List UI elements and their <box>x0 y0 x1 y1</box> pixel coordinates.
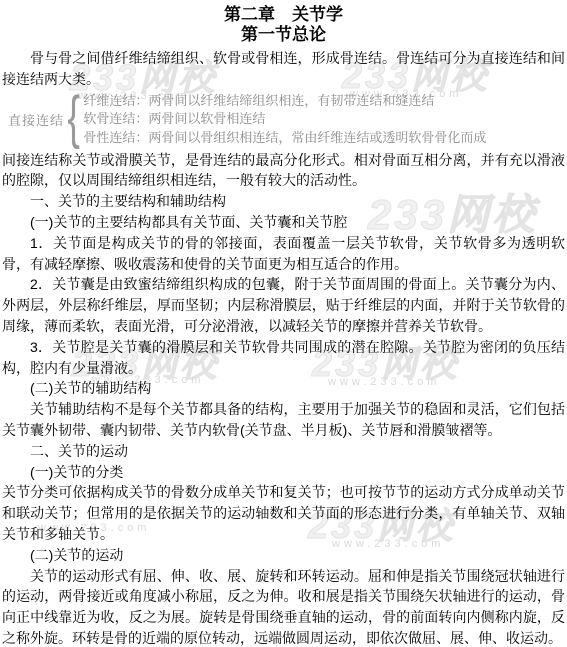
paragraph-joint-cavity: 3．关节腔是关节囊的滑膜层和关节软骨共同围成的潜在腔隙。关节腔为密闭的负压结构，… <box>2 337 565 379</box>
paragraph-auxiliary-structures: 关节辅助结构不是每个关节都具备的结构，主要用于加强关节的稳固和灵活，它们包括关节… <box>2 399 565 441</box>
document-body: 第二章 关节学 第一节总论 骨与骨之间借纤维结缔组织、软骨或骨相连，形成骨连结。… <box>0 0 567 647</box>
figure-label: 直接连结 <box>8 110 64 129</box>
heading-main-structures: 一、关节的主要结构和辅助结构 <box>2 191 565 212</box>
left-brace-icon: { <box>67 90 80 146</box>
paragraph-joint-classification: 关节分类可依据构成关节的骨数分成单关节和复关节；也可按节节的运动方式分成单动关节… <box>2 482 565 544</box>
section-title: 第一节总论 <box>2 25 565 45</box>
paragraph-indirect-connection: 间接连结称关节或滑膜关节，是骨连结的最高分化形式。相对骨面互相分离，并有充以滑液… <box>2 150 565 192</box>
paragraph-joint-motion: 关节的运动形式有屈、伸、收、展、旋转和环转运动。屈和伸是指关节围绕冠状轴进行的运… <box>2 566 565 647</box>
subheading-joint-motion: (二)关节的运动 <box>2 545 565 566</box>
figure-item-fibrous: 纤维连结：两骨间以纤维结缔组织相连，有韧带连结和缝连结 <box>83 92 565 111</box>
subheading-joint-classification: (一)关节的分类 <box>2 462 565 483</box>
chapter-title: 第二章 关节学 <box>2 5 565 25</box>
heading-joint-movement: 二、关节的运动 <box>2 441 565 462</box>
subheading-main-structures: (一)关节的主要结构都具有关节面、关节囊和关节腔 <box>2 212 565 233</box>
figure-item-list: 纤维连结：两骨间以纤维结缔组织相连，有韧带连结和缝连结 软骨连结：两骨间以软骨相… <box>83 92 565 148</box>
paragraph-joint-capsule: 2．关节囊是由致蜜结缔组织构成的包囊，附于关节面周围的骨面上。关节囊分为内、外两… <box>2 274 565 336</box>
figure-item-cartilaginous: 软骨连结：两骨间以软骨相连结 <box>83 110 565 129</box>
document-page: 233网校 www.233.com 233网校 www.233.com 233网… <box>0 0 567 647</box>
subheading-auxiliary-structures: (二)关节的辅助结构 <box>2 378 565 399</box>
figure-item-bony: 骨性连结：两骨间以骨组织相连结，常由纤维连结或透明软骨骨化而成 <box>83 129 565 148</box>
paragraph-bone-connection: 骨与骨之间借纤维结缔组织、软骨或骨相连，形成骨连结。骨连结可分为直接连结和间接连… <box>2 48 565 90</box>
paragraph-articular-surface: 1．关节面是构成关节的骨的邻接面，表面覆盖一层关节软骨，关节软骨多为透明软骨，有… <box>2 233 565 275</box>
direct-connection-classification-figure: 直接连结 { 纤维连结：两骨间以纤维结缔组织相连，有韧带连结和缝连结 软骨连结：… <box>8 92 565 148</box>
